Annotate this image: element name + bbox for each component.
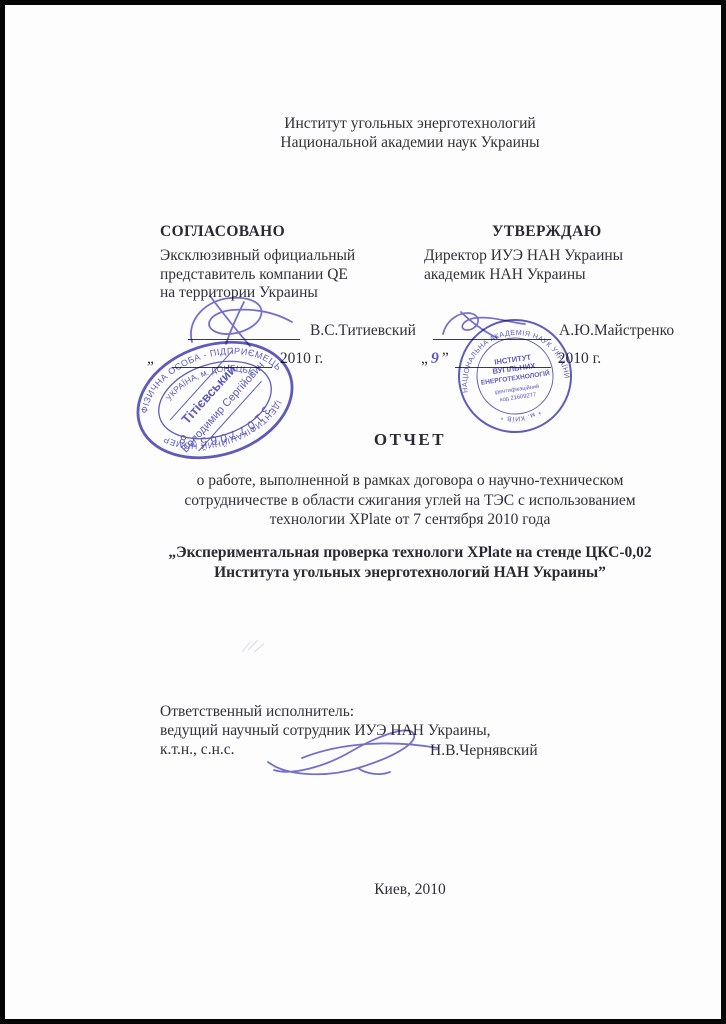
report-about-line3: технологии XPlate от 7 сентября 2010 год… — [160, 510, 660, 530]
faint-smudge-mark — [238, 632, 268, 656]
handwritten-day: 9 — [428, 350, 442, 368]
approved-line2: академик НАН Украины — [424, 266, 623, 285]
approved-date-close-quote: ” — [442, 350, 449, 368]
approved-block: Директор ИУЭ НАН Украины академик НАН Ук… — [424, 247, 623, 284]
approved-heading: УТВЕРЖДАЮ — [492, 223, 602, 241]
report-subject-line2: Института угольных энерготехнологий НАН … — [160, 563, 660, 583]
agreed-line1: Эксклюзивный официальный — [160, 247, 355, 266]
agreed-signatory-name: В.С.Титиевский — [310, 322, 416, 340]
report-about-line1: о работе, выполненной в рамках договора … — [160, 471, 660, 491]
org-name-line1: Институт угольных энерготехнологий — [160, 114, 660, 133]
report-title: ОТЧЕТ — [160, 430, 660, 450]
agreed-line2: представитель компании QE — [160, 266, 355, 285]
report-about: о работе, выполненной в рамках договора … — [160, 471, 660, 530]
report-subject-line1: „Экспериментальная проверка технологи XP… — [160, 543, 660, 563]
org-name-line2: Национальной академии наук Украины — [160, 133, 660, 152]
svg-text:* м. КИЇВ *: * м. КИЇВ * — [499, 407, 542, 424]
org-header: Институт угольных энерготехнологий Нацио… — [160, 114, 660, 152]
report-about-line2: сотрудничестве в области сжигания углей … — [160, 491, 660, 511]
report-subject: „Экспериментальная проверка технологи XP… — [160, 543, 660, 582]
document-page: Институт угольных энерготехнологий Нацио… — [0, 0, 726, 1024]
approved-line1: Директор ИУЭ НАН Украины — [424, 247, 623, 266]
right-institute-stamp: НАЦІОНАЛЬНА АКАДЕМІЯ НАУК УКРАЇНИ * м. К… — [455, 316, 575, 436]
agreed-heading: СОГЛАСОВАНО — [160, 223, 285, 241]
footer-place-year: Киев, 2010 — [160, 880, 660, 899]
approved-date-open-quote: „ — [421, 350, 428, 368]
executor-signature-scribble — [262, 718, 447, 784]
right-stamp-ring-bottom: * м. КИЇВ * — [499, 407, 542, 424]
approved-signatory-name: А.Ю.Майстренко — [559, 322, 674, 340]
